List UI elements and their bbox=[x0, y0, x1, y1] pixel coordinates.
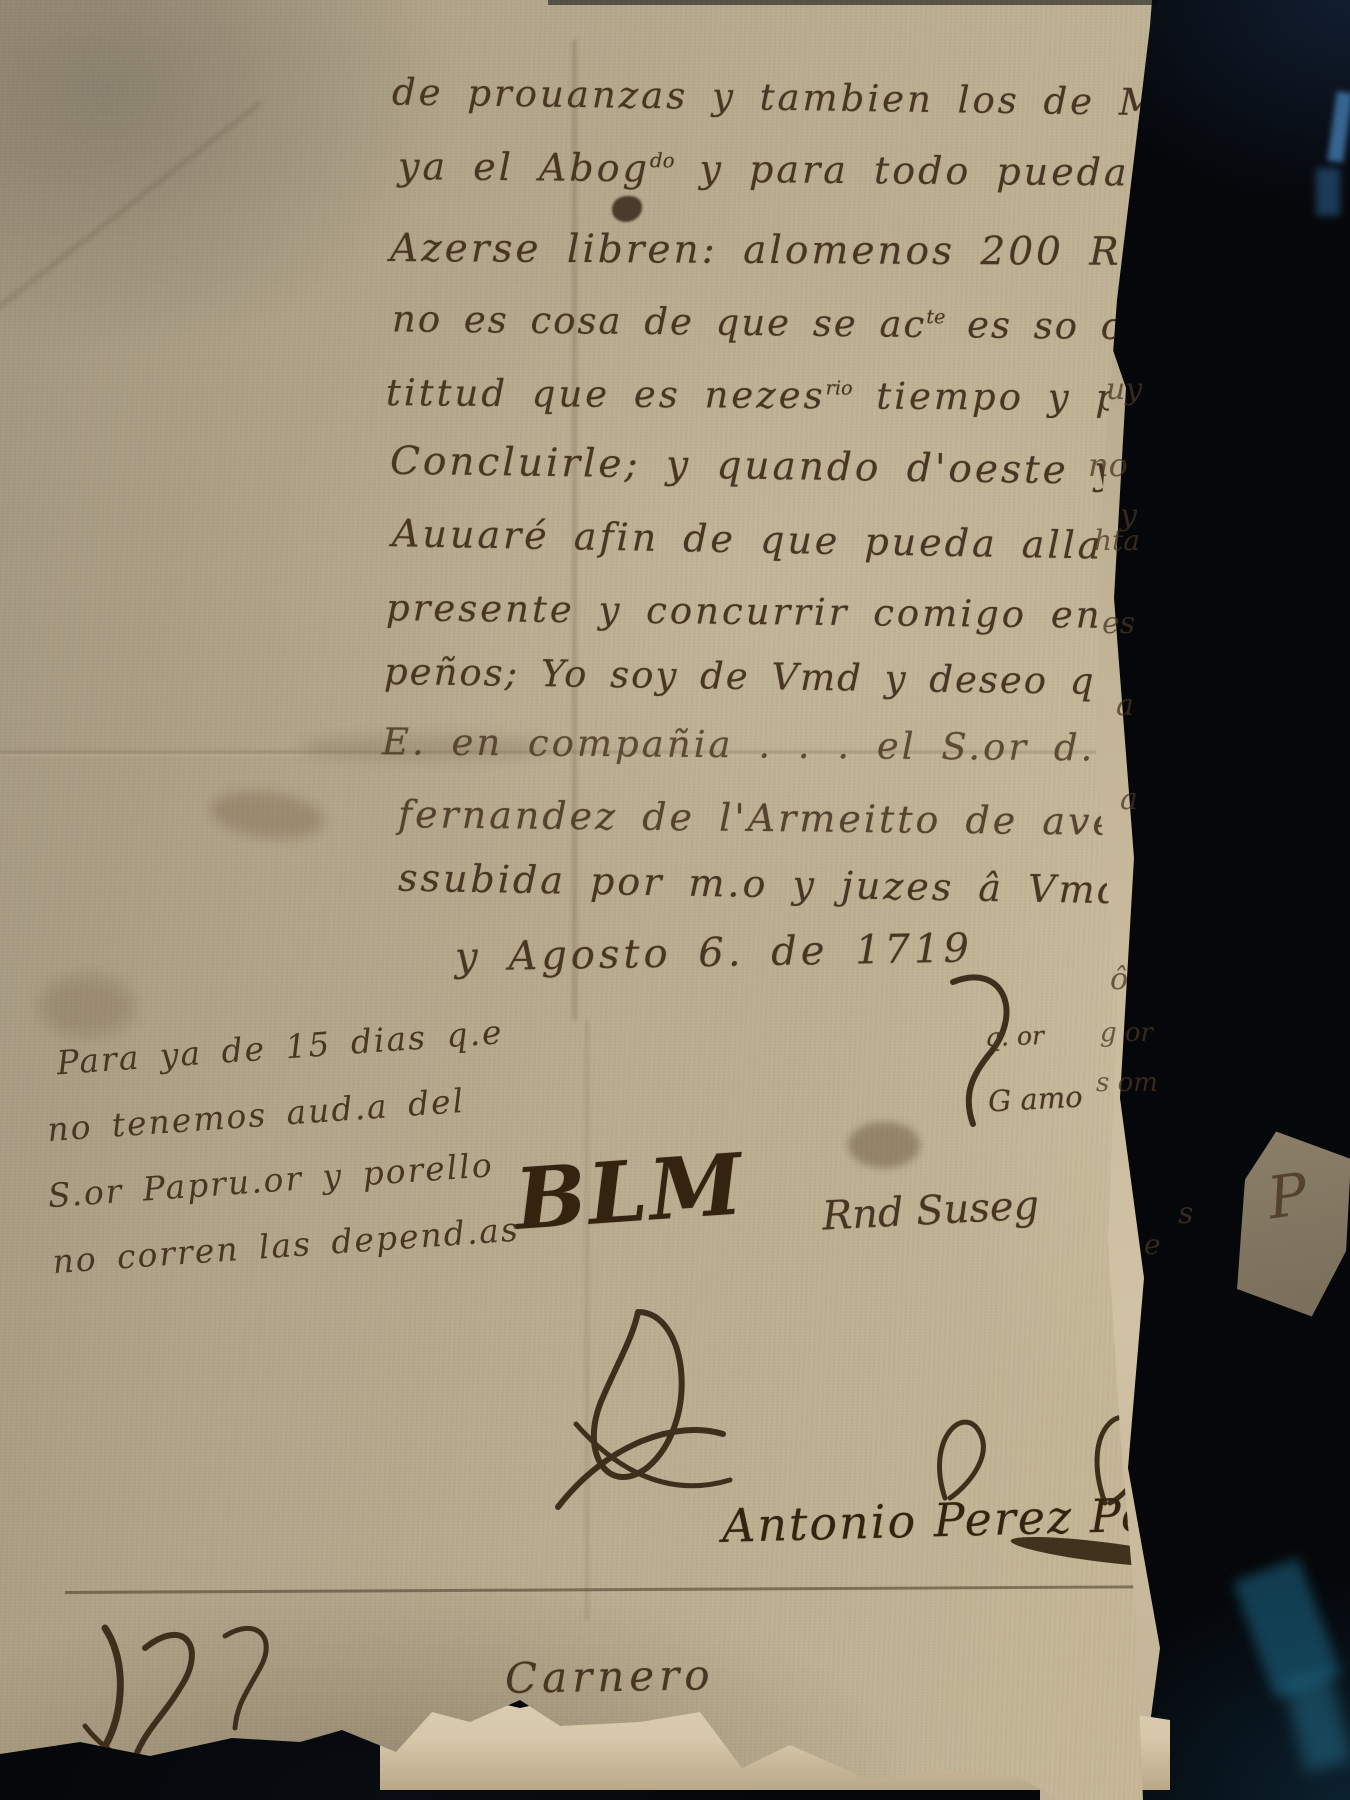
edge-fragment: e bbox=[1144, 1228, 1161, 1261]
blue-background-streak-2 bbox=[1316, 168, 1340, 216]
edge-fragment: s om bbox=[1096, 1068, 1158, 1098]
docket-name: Carnero bbox=[505, 1650, 715, 1703]
edge-fragment: g or bbox=[1100, 1018, 1153, 1048]
body-line-4-rest: es so compror bbox=[945, 303, 1274, 349]
body-line-4-text: no es cosa de que se ac bbox=[392, 297, 927, 346]
top-edge-gap bbox=[548, 0, 1158, 5]
edge-fragment: s bbox=[1178, 1196, 1193, 1231]
body-line-11: fernandez de l'Armeitto de ave bbox=[398, 792, 1118, 844]
superscript-abbreviation: te bbox=[926, 305, 945, 328]
edge-fragment: a bbox=[1116, 688, 1134, 723]
closing-text: Rnd Suseg bbox=[821, 1182, 1040, 1239]
closing-blm: BLM bbox=[512, 1134, 747, 1249]
body-line-2-text: ya el Abog bbox=[398, 144, 650, 190]
ink-stain bbox=[208, 785, 328, 845]
body-line-5: tittud que es nezesrio tiempo y para bbox=[386, 371, 1193, 420]
edge-fragment: no bbox=[1088, 446, 1128, 484]
body-line-2: ya el Abogdo y para todo pueda Razon bbox=[398, 144, 1290, 196]
superscript-abbreviation: do bbox=[650, 149, 675, 172]
blue-background-streak bbox=[1327, 91, 1350, 163]
margin-note-line-2: no tenemos aud.a del bbox=[46, 1078, 512, 1149]
date-line: y Agosto 6. de 1719 bbox=[455, 925, 974, 980]
body-line-7: Auuaré afin de que pueda allarse bbox=[392, 511, 1173, 569]
body-line-2-rest: y para todo pueda Razon bbox=[674, 147, 1289, 196]
signature-upper-flourish bbox=[548, 1302, 748, 1522]
body-line-5-text: tittud que es nezes bbox=[386, 371, 826, 417]
closing-small-abbrev: q. or bbox=[985, 1021, 1045, 1052]
teal-background-streak-2 bbox=[1284, 1672, 1350, 1773]
ink-smudge bbox=[848, 1122, 920, 1168]
superscript-abbreviation: rio bbox=[826, 376, 853, 399]
ink-blot bbox=[612, 196, 642, 222]
body-line-12: ssubida por m.o y juzes â Vmd bbox=[398, 856, 1126, 913]
edge-fragment: uy bbox=[1106, 372, 1142, 407]
edge-fragment: hta bbox=[1094, 524, 1140, 557]
body-line-1: de prouanzas y tambien los de Md bbox=[392, 70, 1187, 124]
lower-fold-crease bbox=[65, 1585, 1215, 1594]
margin-note-line-4: no corren las depend.as bbox=[51, 1210, 521, 1282]
margin-note-line-3: S.or Papru.or y porello bbox=[47, 1144, 517, 1216]
closing-small-abbrev-2: G amo bbox=[987, 1080, 1083, 1119]
rubric-flourish bbox=[75, 1608, 375, 1778]
margin-note: Para ya de 15 dias q.e no tenemos aud.a … bbox=[37, 1012, 523, 1308]
edge-fragment: ô bbox=[1110, 962, 1128, 997]
edge-fragment: a bbox=[1120, 782, 1138, 817]
body-line-6: Concluirle; y quando d'oeste yo bbox=[390, 439, 1146, 495]
manuscript-page: de prouanzas y tambien los de Md ya el A… bbox=[0, 0, 1350, 1800]
photo-background: de prouanzas y tambien los de Md ya el A… bbox=[0, 0, 1350, 1800]
edge-fragment: es bbox=[1102, 606, 1135, 641]
corner-crease bbox=[0, 100, 263, 326]
body-line-8: presente y concurrir comigo en bbox=[386, 586, 1103, 637]
paper-stain bbox=[40, 975, 135, 1037]
body-line-4: no es cosa de que se acte es so compror bbox=[392, 297, 1275, 349]
body-line-3: Azerse libren: alomenos 200 Rs bbox=[390, 226, 1145, 275]
signature-name: Antonio Perez Perela bbox=[721, 1485, 1250, 1553]
